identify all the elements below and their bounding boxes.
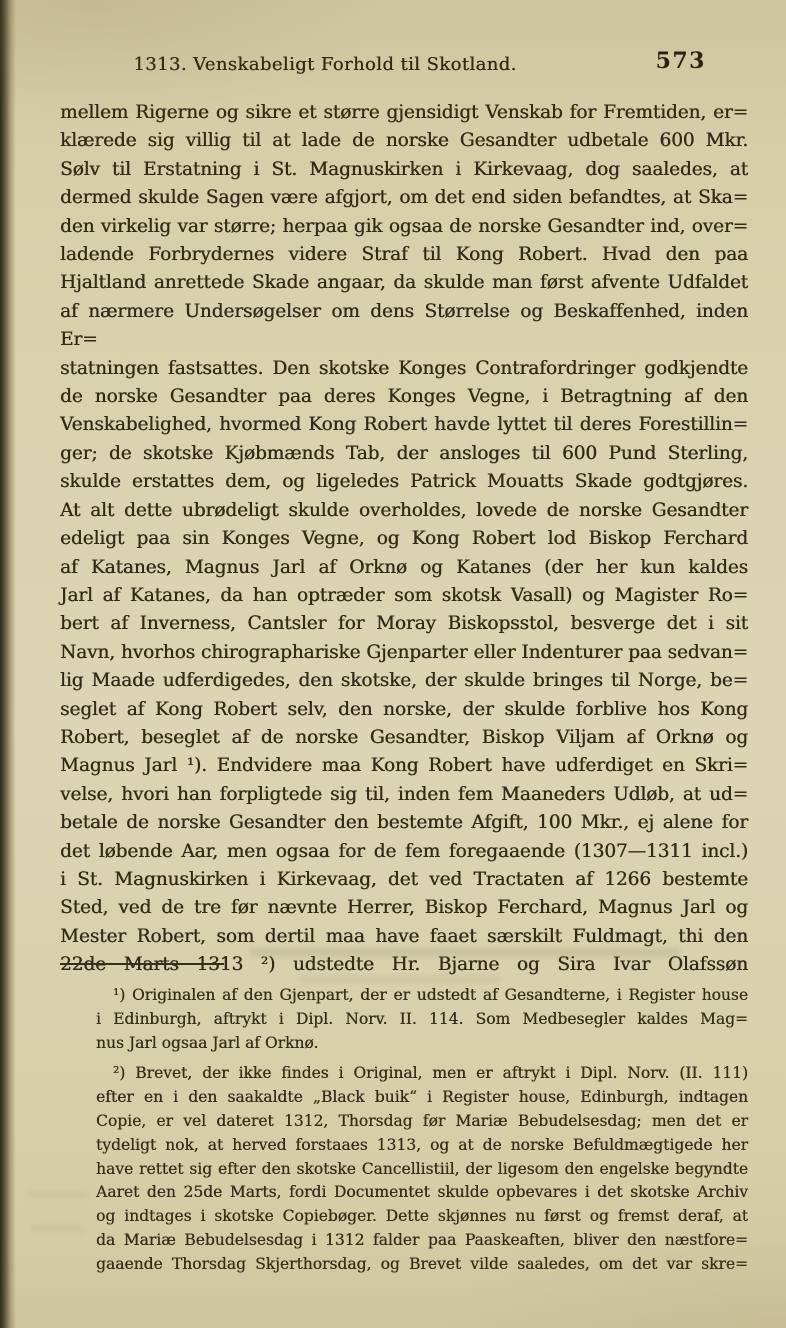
text-line: have rettet sig efter den skotske Cancel… bbox=[96, 1158, 748, 1182]
footnote-1: ¹) Originalen af den Gjenpart, der er ud… bbox=[96, 984, 748, 1055]
text-line: dermed skulde Sagen være afgjort, om det… bbox=[60, 184, 748, 212]
text-line: og indtages i skotske Copiebøger. Dette … bbox=[96, 1205, 748, 1229]
text-line: Sølv til Erstatning i St. Magnuskirken i… bbox=[60, 156, 748, 184]
text-line: af Katanes, Magnus Jarl af Orknø og Kata… bbox=[60, 554, 748, 582]
running-head-title: 1313. Venskabeligt Forhold til Skotland. bbox=[60, 54, 590, 75]
text-line: de norske Gesandter paa deres Konges Veg… bbox=[60, 383, 748, 411]
text-line: Robert, beseglet af de norske Gesandter,… bbox=[60, 724, 748, 752]
text-line: den virkelig var større; herpaa gik ogsa… bbox=[60, 213, 748, 241]
footnote-divider bbox=[60, 963, 224, 965]
text-line: Jarl af Katanes, da han optræder som sko… bbox=[60, 582, 748, 610]
text-line: Navn, hvorhos chirographariske Gjenparte… bbox=[60, 639, 748, 667]
text-line: At alt dette ubrødeligt skulde overholde… bbox=[60, 497, 748, 525]
book-page: 1313. Venskabeligt Forhold til Skotland.… bbox=[0, 0, 786, 1328]
text-line: statningen fastsattes. Den skotske Konge… bbox=[60, 355, 748, 383]
text-line: seglet af Kong Robert selv, den norske, … bbox=[60, 696, 748, 724]
text-line: bert af Inverness, Cantsler for Moray Bi… bbox=[60, 610, 748, 638]
text-line: Aaret den 25de Marts, fordi Documentet s… bbox=[96, 1181, 748, 1205]
text-line: Mester Robert, som dertil maa have faaet… bbox=[60, 923, 748, 951]
text-line: velse, hvori han forpligtede sig til, in… bbox=[60, 781, 748, 809]
main-text-block: mellem Rigerne og sikre et større gjensi… bbox=[60, 99, 748, 980]
footnotes-block: ¹) Originalen af den Gjenpart, der er ud… bbox=[96, 984, 748, 1284]
text-line: tydeligt nok, at herved forstaaes 1313, … bbox=[96, 1134, 748, 1158]
text-line: da Mariæ Bebudelsesdag i 1312 falder paa… bbox=[96, 1229, 748, 1253]
text-line: ²) Brevet, der ikke findes i Original, m… bbox=[96, 1062, 748, 1086]
page-number: 573 bbox=[656, 48, 706, 74]
text-line: nus Jarl ogsaa Jarl af Orknø. bbox=[96, 1032, 748, 1056]
text-line: Sted, ved de tre før nævnte Herrer, Bisk… bbox=[60, 894, 748, 922]
text-line: i St. Magnuskirken i Kirkevaag, det ved … bbox=[60, 866, 748, 894]
text-line: edeligt paa sin Konges Vegne, og Kong Ro… bbox=[60, 525, 748, 553]
text-line: mellem Rigerne og sikre et større gjensi… bbox=[60, 99, 748, 127]
text-line: af nærmere Undersøgelser om dens Størrel… bbox=[60, 298, 748, 355]
text-line: 22de Marts 1313 ²) udstedte Hr. Bjarne o… bbox=[60, 951, 748, 979]
bleed-through-smudge bbox=[30, 1225, 85, 1233]
text-line: ladende Forbrydernes videre Straf til Ko… bbox=[60, 241, 748, 269]
text-line: Copie, er vel dateret 1312, Thorsdag før… bbox=[96, 1110, 748, 1134]
text-line: Venskabelighed, hvormed Kong Robert havd… bbox=[60, 411, 748, 439]
text-line: gaaende Thorsdag Skjerthorsdag, og Breve… bbox=[96, 1253, 748, 1277]
book-edge-shadow bbox=[0, 0, 16, 1328]
text-line: Magnus Jarl ¹). Endvidere maa Kong Rober… bbox=[60, 752, 748, 780]
text-line: klærede sig villig til at lade de norske… bbox=[60, 127, 748, 155]
text-line: det løbende Aar, men ogsaa for de fem fo… bbox=[60, 838, 748, 866]
text-line: efter en i den saakaldte „Black buik“ i … bbox=[96, 1086, 748, 1110]
text-line: betale de norske Gesandter den bestemte … bbox=[60, 809, 748, 837]
text-line: skulde erstattes dem, og ligeledes Patri… bbox=[60, 468, 748, 496]
text-line: lig Maade udferdigedes, den skotske, der… bbox=[60, 667, 748, 695]
footnote-2: ²) Brevet, der ikke findes i Original, m… bbox=[96, 1062, 748, 1276]
text-line: i Edinburgh, aftrykt i Dipl. Norv. II. 1… bbox=[96, 1008, 748, 1032]
text-line: Hjaltland anrettede Skade angaar, da sku… bbox=[60, 269, 748, 297]
bleed-through-smudge bbox=[28, 1190, 88, 1198]
text-line: ger; de skotske Kjøbmænds Tab, der anslo… bbox=[60, 440, 748, 468]
text-line: ¹) Originalen af den Gjenpart, der er ud… bbox=[96, 984, 748, 1008]
